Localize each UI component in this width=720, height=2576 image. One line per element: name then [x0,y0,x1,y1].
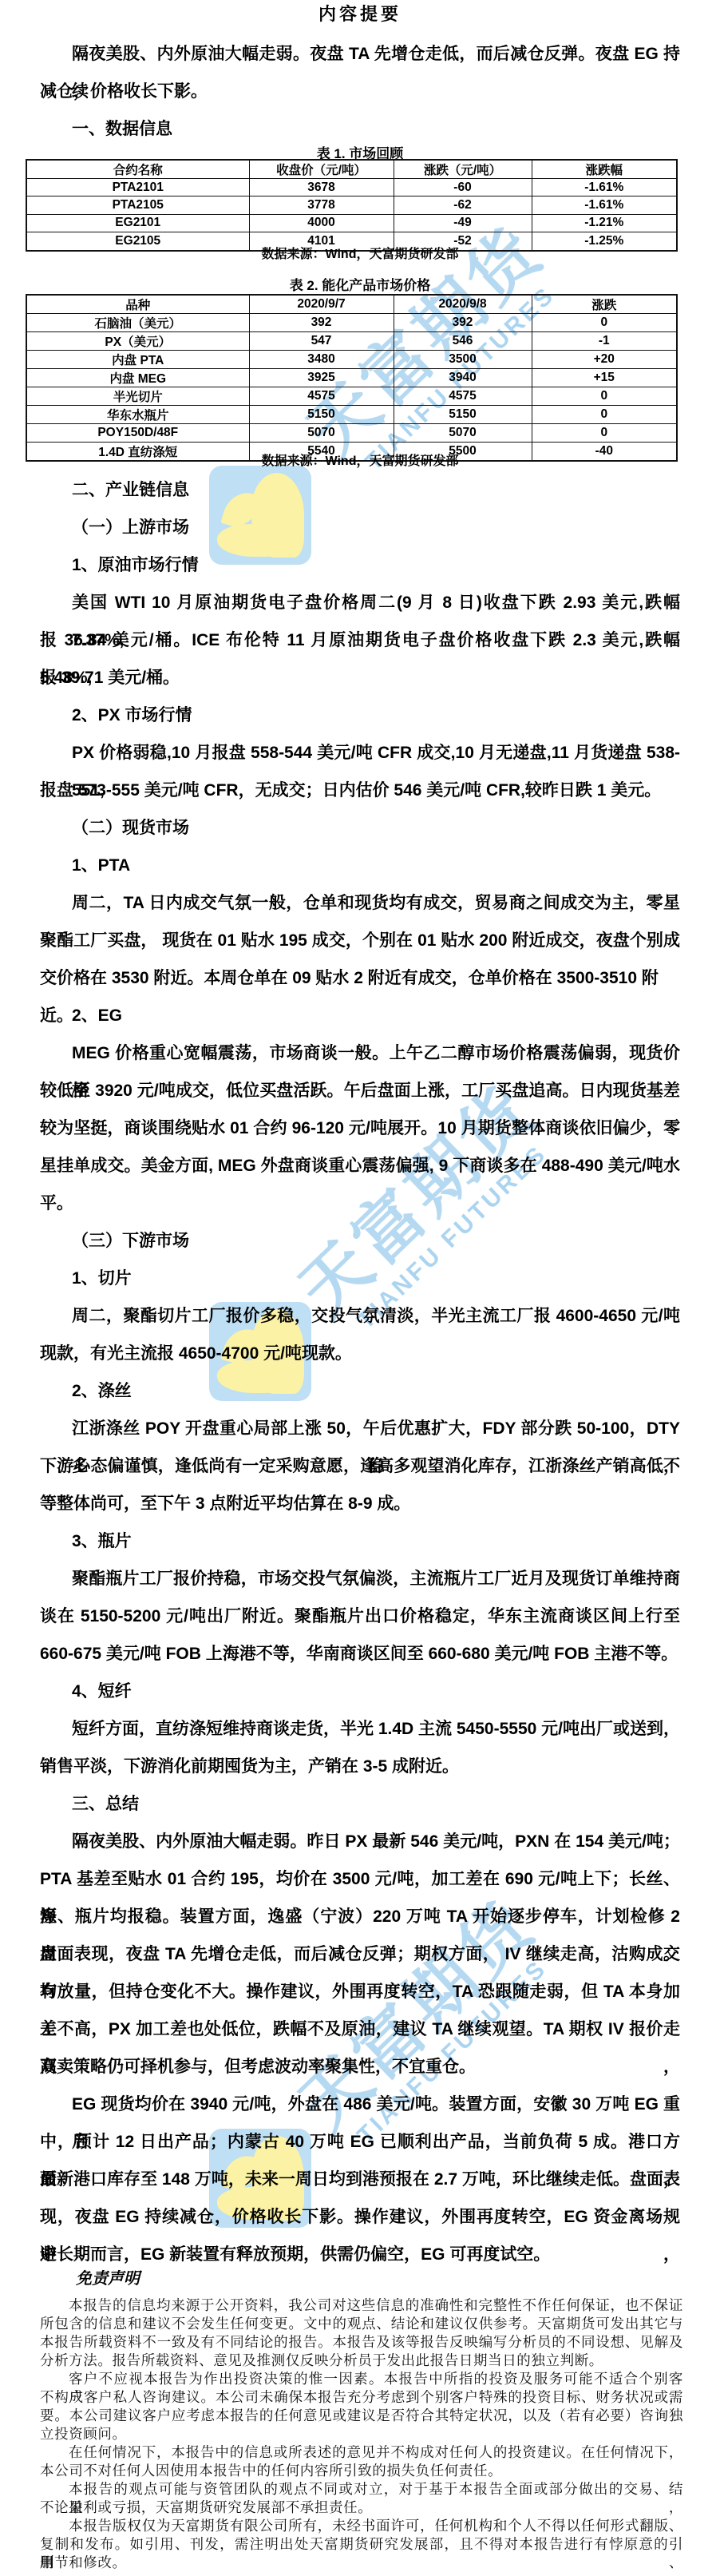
table-row: 半光切片457545750 [26,387,677,406]
disclaimer-line: 立投资顾问。 [40,2426,683,2444]
table-row: 石脑油（美元）3923920 [26,314,677,332]
table-cell: 0 [532,406,677,424]
table-row: 内盘 MEG39253940+15 [26,369,677,387]
table-cell: 3778 [249,196,394,214]
table-cell: 3500 [394,351,532,369]
section-heading: （三）下游市场 [72,1222,189,1260]
table-cell: -62 [394,196,532,214]
body-line: PX 价格弱稳,10 月报盘 558-544 美元/吨 CFR 成交,10 月无… [40,734,680,772]
table-header-cell: 合约名称 [26,160,249,179]
body-line: 现，夜盘 EG 持续减仓，价格收长下影。操作建议，外围再度转空，EG 资金离场规… [40,2198,680,2236]
table-cell: 4575 [394,387,532,406]
table-cell: 3678 [249,179,394,196]
table-cell: PTA2101 [26,179,249,196]
body-line: 报 39.71 美元/桶。 [40,659,680,697]
table-row: 华东水瓶片515051500 [26,406,677,424]
table-cell: 392 [394,314,532,332]
table-header-cell: 涨跌（元/吨） [394,160,532,179]
table-cell: -1.61% [532,196,677,214]
body-line: 较低至 3920 元/吨成交，低位买盘活跃。午后盘面上涨，工厂买盘追高。日内现货… [40,1072,680,1109]
table-cell: 内盘 PTA [26,351,249,369]
table-caption: 表 2. 能化产品市场价格 [0,277,720,295]
disclaimer-line: 本报告的观点可能与资管团队的观点不同或对立，对于基于本报告全面或部分做出的交易、… [40,2481,683,2499]
table-row: PX（美元）547546-1 [26,332,677,351]
table-cell: PX（美元） [26,332,249,351]
table-cell: 392 [249,314,394,332]
body-line: 聚酯工厂买盘， 现货在 01 贴水 195 成交，个别在 01 贴水 200 附… [40,922,680,959]
table-row: EG21014000-49-1.21% [26,214,677,232]
table-row: PTA21053778-62-1.61% [26,196,677,214]
disclaimer-line: 本报告所载资料不一致及有不同结论的报告。本报告及该等报告反映编写分析员的不同设想… [40,2334,683,2352]
table-row: 内盘 PTA34803500+20 [26,351,677,369]
section-heading: 1、切片 [72,1260,132,1297]
tianfu-logo-stamp [209,466,311,565]
table-cell: 0 [532,424,677,443]
disclaimer-line: 在任何情况下，本报告中的信息或所表述的意见并不构成对任何人的投资建议。在任何情况… [40,2444,683,2463]
body-line: 销售平淡，下游消化前期囤货为主，产销在 3-5 成附近。 [40,1748,680,1785]
section-heading: 3、瓶片 [72,1522,132,1560]
body-line: 下游心态偏谨慎，逢低尚有一定采购意愿，逢高多观望消化库存，江浙涤丝产销高低不 [40,1447,680,1485]
body-line: PTA 基差至贴水 01 合约 195，均价在 3500 元/吨，加工差在 69… [40,1860,680,1898]
body-line: 隔夜美股、内外原油大幅走弱。昨日 PX 最新 546 美元/吨，PXN 在 15… [40,1823,680,1860]
body-line: EG 现货均价在 3940 元/吨，外盘在 486 美元/吨。装置方面，安徽 3… [40,2086,680,2123]
table-cell: 5150 [394,406,532,424]
section-heading: 2、EG [72,997,122,1034]
disclaimer-line: 本报告的信息均来源于公开资料，我公司对这些信息的准确性和完整性不作任何保证，也不… [40,2297,683,2316]
body-line: 现款，有光主流报 4650-4700 元/吨现款。 [40,1335,680,1372]
disclaimer-line: 所包含的信息和建议不会发生任何变更。文中的观点、结论和建议仅供参考。天富期货可发… [40,2316,683,2334]
body-line: 交价格在 3530 附近。本周仓单在 09 贴水 2 附近有成交，仓单价格在 3… [40,959,680,997]
table-cell: -1.61% [532,179,677,196]
table-cell: -1 [532,332,677,351]
table-cell: 3940 [394,369,532,387]
section-heading: 1、原油市场行情 [72,546,199,584]
body-line: 美国 WTI 10 月原油期货电子盘价格周二(9 月 8 日)收盘下跌 2.93… [40,584,680,621]
table-cell: -49 [394,214,532,232]
section-heading: 2、涤丝 [72,1372,132,1410]
section-heading: （一）上游市场 [72,509,189,546]
table-cell: PTA2105 [26,196,249,214]
table-row: POY150D/48F507050700 [26,424,677,443]
body-line: 隔夜美股、内外原油大幅走弱。夜盘 TA 先增仓走低，而后减仓反弹。夜盘 EG 持… [40,35,680,73]
table-header-cell: 收盘价（元/吨） [249,160,394,179]
table-cell: -1.21% [532,214,677,232]
body-line: 报盘 573-555 美元/吨 CFR，无成交；日内估价 546 美元/吨 CF… [40,772,680,809]
table-cell: +15 [532,369,677,387]
body-line: 较为坚挺，商谈围绕贴水 01 合约 96-120 元/吨展开。10 月期货整体商… [40,1109,680,1147]
data-source-note: 数据来源：Wind，天富期货研发部 [0,247,720,263]
body-line: 短、瓶片均报稳。装置方面，逸盛（宁波）220 万吨 TA 开始逐步停车，计划检修… [40,1898,680,1935]
table-header-cell: 涨跌 [532,295,677,314]
body-line: MEG 价格重心宽幅震荡，市场商谈一般。上午乙二醇市场价格震荡偏弱，现货价格 [40,1034,680,1072]
body-line: 中长期而言，EG 新装置有释放预期，供需仍偏空，EG 可再度试空。 [40,2236,680,2273]
body-line: 星挂单成交。美金方面, MEG 外盘商谈重心震荡偏强, 9 下商谈多在 488-… [40,1147,680,1185]
table-cell: 4575 [249,387,394,406]
data-source-note: 数据来源：Wind，天富期货研发部 [0,454,720,470]
table-cell: 石脑油（美元） [26,314,249,332]
energy-chem-price-table: 品种2020/9/72020/9/8涨跌石脑油（美元）3923920PX（美元）… [26,294,678,462]
disclaimer-line: 复制和发布。如引用、刊发，需注明出处天富期货研究发展部，且不得对本报告进行有悖原… [40,2536,683,2554]
table-row: PTA21013678-60-1.61% [26,179,677,196]
table-cell: 547 [249,332,394,351]
body-line: 双卖策略仍可择机参与，但考虑波动率聚集性，不宜重仓。 [40,2048,680,2086]
table-header-row: 合约名称收盘价（元/吨）涨跌（元/吨）涨跌幅 [26,160,677,179]
table-cell: 5150 [249,406,394,424]
table-cell: 内盘 MEG [26,369,249,387]
section-heading: 4、短纤 [72,1673,132,1710]
table-header-row: 品种2020/9/72020/9/8涨跌 [26,295,677,314]
table-cell: 5070 [394,424,532,443]
table-cell: 3480 [249,351,394,369]
disclaimer-line: 要。本公司建议客户应考虑本报告的任何意见或建议是否符合其特定状况，以及（若有必要… [40,2407,683,2426]
table-cell: POY150D/48F [26,424,249,443]
body-line: 周二，TA 日内成交气氛一般，仓单和现货均有成交，贸易商之间成交为主，零星 [40,884,680,922]
section-heading: （二）现货市场 [72,809,189,847]
disclaimer-line: 不构成客户私人咨询建议。本公司未确保本报告充分考虑到个别客户特殊的投资目标、财务… [40,2389,683,2407]
body-line: 660-675 美元/吨 FOB 上海港不等，华南商谈区间至 660-680 美… [40,1635,680,1673]
body-line: 中，预计 12 日出产品；内蒙古 40 万吨 EG 已顺利出产品，当前负荷 5 … [40,2123,680,2161]
section-heading: 1、PTA [72,847,130,884]
disclaimer-line: 不论盈利或亏损，天富期货研究发展部不承担责任。 [40,2499,683,2518]
table-cell: 半光切片 [26,387,249,406]
disclaimer-line: 删节和修改。 [40,2554,683,2573]
table-cell: 5070 [249,424,394,443]
section-heading: 二、产业链信息 [72,471,189,509]
table-cell: EG2101 [26,214,249,232]
body-line: 江浙涤丝 POY 开盘重心局部上涨 50，午后优惠扩大，FDY 部分跌 50-1… [40,1410,680,1447]
body-line: 盘面表现，夜盘 TA 先增仓走低，而后减仓反弹；期权方面， IV 继续走高，沽购… [40,1935,680,1973]
body-line: 有放量，但持仓变化不大。操作建议，外围再度转空，TA 恐跟随走弱，但 TA 本身… [40,1973,680,2010]
body-line: 谈在 5150-5200 元/吨出厂附近。聚酯瓶片出口价格稳定，华东主流商谈区间… [40,1598,680,1635]
disclaimer-line: 分析方法。报告所载资料、意见及推测仅反映分析员于发出此报告日期当日的独立判断。 [40,2352,683,2371]
table-cell: 华东水瓶片 [26,406,249,424]
body-line: 聚酯瓶片工厂报价持稳，市场交投气氛偏淡，主流瓶片工厂近月及现货订单维持商 [40,1560,680,1598]
table-cell: +20 [532,351,677,369]
page-title: 内容提要 [0,2,720,27]
table-cell: -60 [394,179,532,196]
table-cell: 4000 [249,214,394,232]
logo-shape [217,524,291,557]
disclaimer-line: 客户不应视本报告为作出投资决策的惟一因素。本报告中所指的投资及服务可能不适合个别… [40,2371,683,2389]
table-cell: 546 [394,332,532,351]
section-heading: 三、总结 [72,1785,139,1823]
table-header-cell: 品种 [26,295,249,314]
body-line: 周二，聚酯切片工厂报价多稳，交投气氛清淡，半光主流工厂报 4600-4650 元… [40,1297,680,1335]
table-header-cell: 2020/9/8 [394,295,532,314]
market-review-table: 合约名称收盘价（元/吨）涨跌（元/吨）涨跌幅PTA21013678-60-1.6… [26,159,678,252]
body-line: 最新港口库存至 148 万吨，未来一周日均到港预报在 2.7 万吨，环比继续走低… [40,2161,680,2198]
table-cell: 0 [532,387,677,406]
disclaimer-line: 本报告版权仅为天富期货有限公司所有，未经书面许可，任何机构和个人不得以任何形式翻… [40,2518,683,2536]
body-line: 报 36.84 美元/桶。ICE 布伦特 11 月原油期货电子盘价格收盘下跌 2… [40,621,680,659]
body-line: 等整体尚可，至下午 3 点附近平均估算在 8-9 成。 [40,1485,680,1522]
table-header-cell: 涨跌幅 [532,160,677,179]
table-cell: 3925 [249,369,394,387]
body-line: 减仓，价格收长下影。 [40,73,680,110]
table-header-cell: 2020/9/7 [249,295,394,314]
report-page: 天富期货 TIANFU FUTURES 天富期货 TIANFU FUTURES … [0,0,720,2576]
disclaimer-line: 本公司不对任何人因使用本报告中的任何内容所引致的损失负任何责任。 [40,2463,683,2481]
disclaimer-heading: 免责声明 [76,2268,140,2288]
table-cell: 0 [532,314,677,332]
body-line: 平。 [40,1185,680,1222]
section-heading: 2、PX 市场行情 [72,697,192,734]
section-heading: 一、数据信息 [72,110,172,148]
body-line: 差不高，PX 加工差也处低位，跌幅不及原油，建议 TA 继续观望。TA 期权 I… [40,2010,680,2048]
body-line: 短纤方面，直纺涤短维持商谈走货，半光 1.4D 主流 5450-5550 元/吨… [40,1710,680,1748]
